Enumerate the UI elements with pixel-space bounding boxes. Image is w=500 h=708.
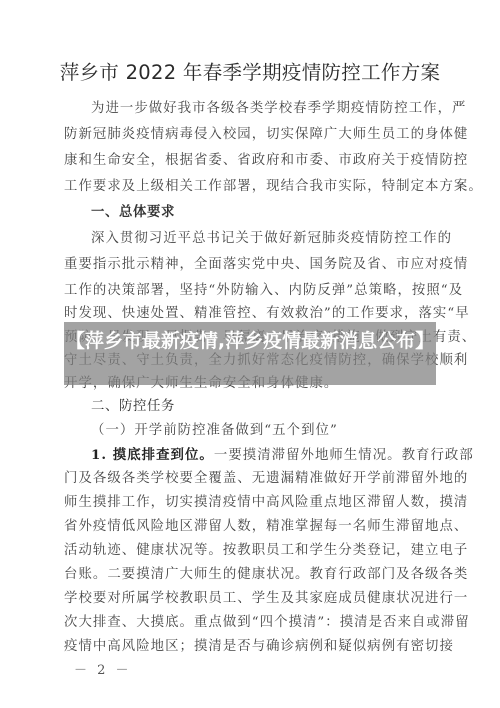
body-line: 时发现、快速处置、精准管控、有效救治”的工作要求，落实“早 [64, 304, 436, 324]
body-line: 师生摸排工作，切实摸清疫情中高风险重点地区滞留人数，摸清 [64, 493, 436, 513]
item-first-line: 1. 摸底排查到位。一要摸清滞留外地师生情况。教育行政部 [64, 445, 463, 466]
page-number: － 2 － [74, 659, 132, 678]
body-line: 台账。二要摸清广大师生的健康状况。教育行政部门及各级各类 [64, 565, 436, 585]
document-title: 萍乡市 2022 年春季学期疫情防控工作方案 [0, 57, 500, 85]
item-label: 1. 摸底排查到位。 [91, 447, 214, 463]
item-text: 一要摸清滞留外地师生情况。教育行政部 [214, 448, 474, 463]
body-line: 门及各级各类学校要全覆盖、无遗漏精准做好开学前滞留外地的 [64, 469, 436, 489]
body-line: 学校要对所属学校教职员工、学生及其家庭成员健康状况进行一 [64, 589, 436, 609]
body-line: 重要指示批示精神，全面落实党中央、国务院及省、市应对疫情 [64, 255, 436, 275]
body-line: 活动轨迹、健康状况等。按教职员工和学生分类登记，建立电子 [64, 541, 436, 561]
intro-line: 为进一步做好我市各级各类学校春季学期疫情防控工作，严 [64, 99, 463, 119]
body-line: 次大排查、大摸底。重点做到“四个摸清”：摸清是否来自或滞留 [64, 613, 436, 633]
intro-line: 工作要求及上级相关工作部署，现结合我市实际，特制定本方案。 [64, 177, 436, 197]
section-heading: 二、防控任务 [64, 397, 463, 417]
body-line: 省外疫情低风险地区滞留人数，精准掌握每一名师生滞留地点、 [64, 517, 436, 537]
subsection-heading: （一）开学前防控准备做到“五个到位” [64, 421, 463, 441]
body-line: 工作的决策部署，坚持“外防输入、内防反弹”总策略，按照“及 [64, 281, 436, 301]
body-line: 疫情中高风险地区；摸清是否与确诊病例和疑似病例有密切接 [64, 637, 436, 657]
headline-overlay-text: 【萍乡市最新疫情,萍乡疫情最新消息公布】 [64, 322, 436, 353]
intro-line: 康和生命安全，根据省委、省政府和市委、市政府关于疫情防控 [64, 151, 436, 171]
intro-line: 防新冠肺炎疫情病毒侵入校园，切实保障广大师生员工的身体健 [64, 125, 436, 145]
section-heading: 一、总体要求 [64, 203, 463, 223]
body-line: 深入贯彻习近平总书记关于做好新冠肺炎疫情防控工作的 [64, 229, 463, 249]
